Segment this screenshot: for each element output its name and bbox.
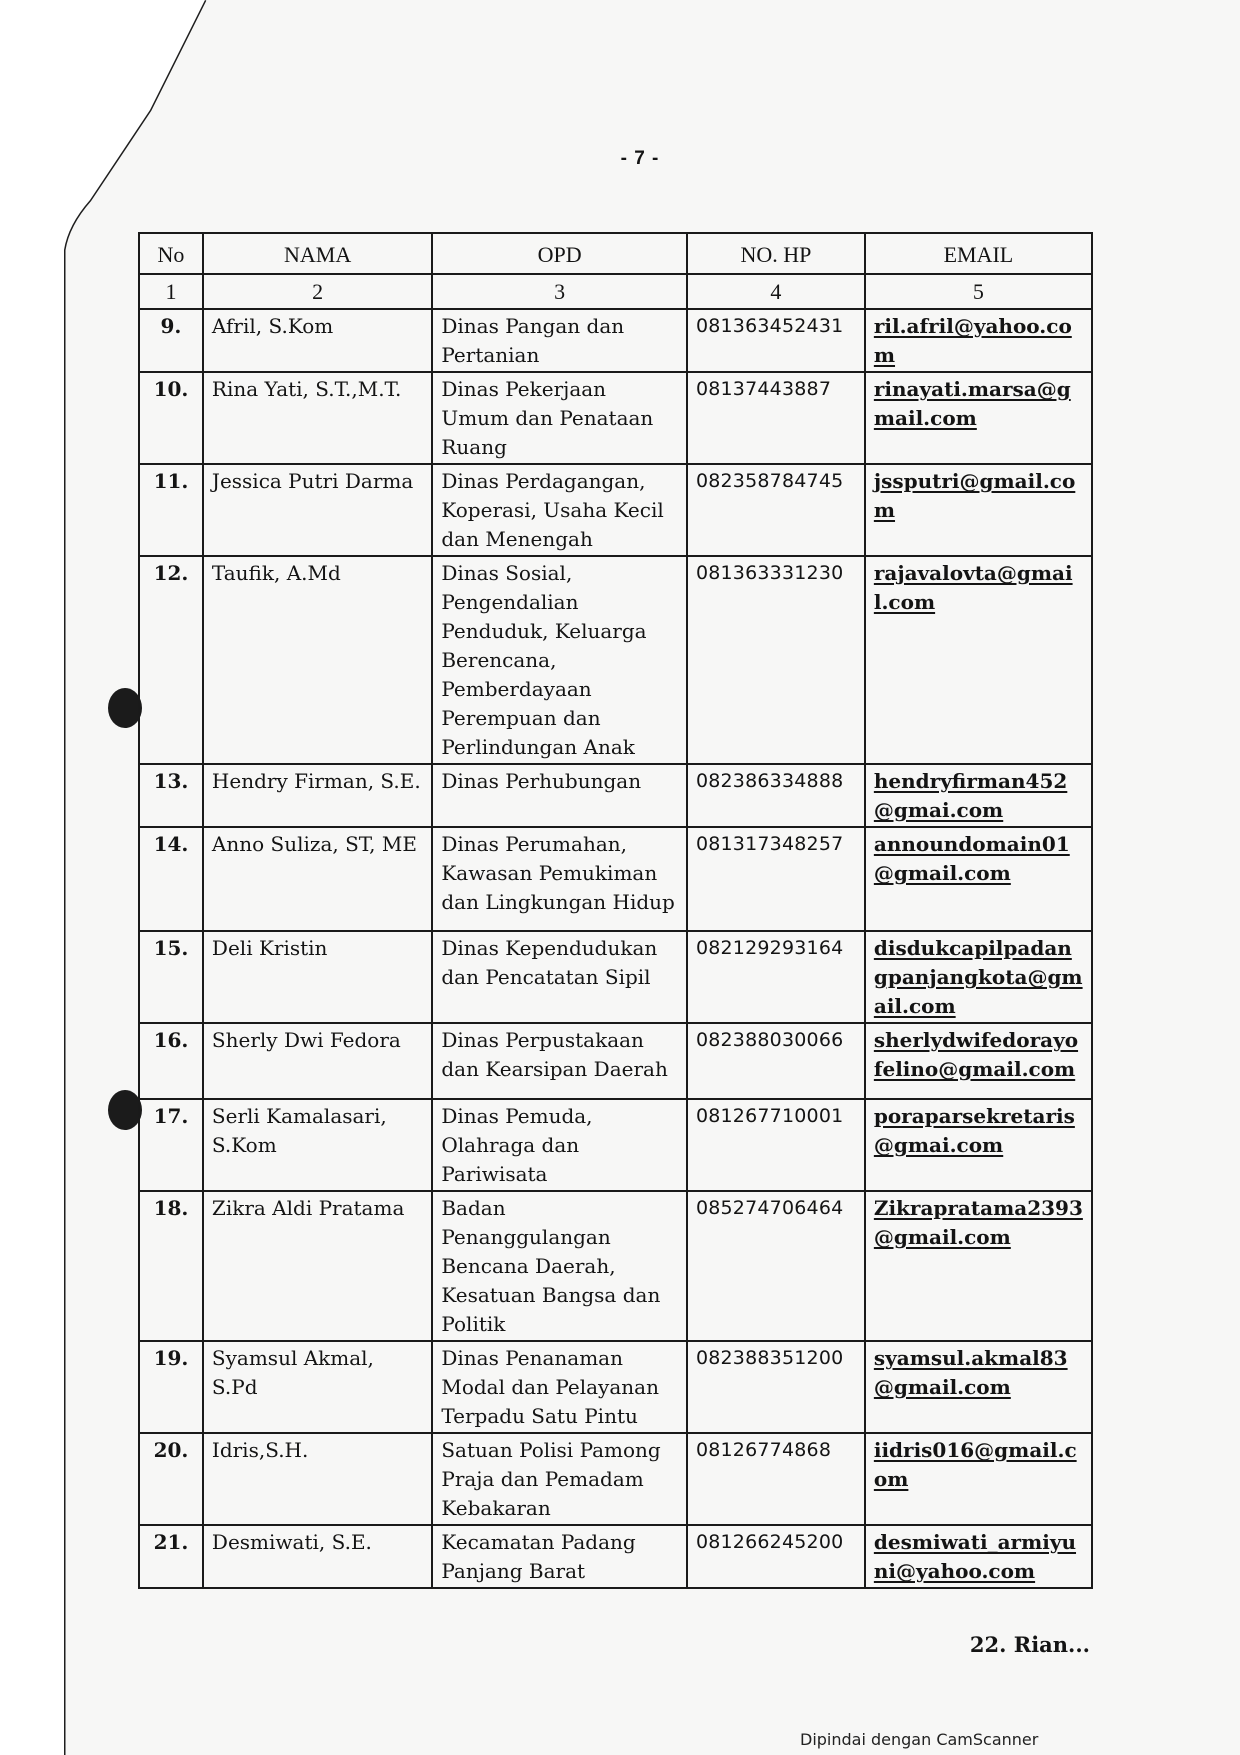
email-cell: jssputri@gmail.com [865, 464, 1092, 556]
email-link[interactable]: rajavalovta@gmail.com [874, 561, 1073, 614]
page-number: - 7 - [0, 148, 1240, 170]
email-link[interactable]: poraparsekretaris@gmai.com [874, 1104, 1075, 1157]
opd-cell: Dinas Penanaman Modal dan Pelayanan Terp… [432, 1341, 687, 1433]
name-cell: Rina Yati, S.T.,M.T. [203, 372, 432, 464]
phone-cell: 081267710001 [687, 1099, 865, 1191]
email-link[interactable]: hendryfirman452@gmai.com [874, 769, 1067, 822]
phone-cell: 081266245200 [687, 1525, 865, 1588]
row-number: 10. [139, 372, 203, 464]
opd-cell: Dinas Kependudukan dan Pencatatan Sipil [432, 931, 687, 1023]
name-cell: Idris,S.H. [203, 1433, 432, 1525]
email-cell: syamsul.akmal83@gmail.com [865, 1341, 1092, 1433]
name-cell: Zikra Aldi Pratama [203, 1191, 432, 1341]
opd-cell: Badan Penanggulangan Bencana Daerah, Kes… [432, 1191, 687, 1341]
phone-cell: 082388030066 [687, 1023, 865, 1099]
phone-cell: 081317348257 [687, 827, 865, 931]
column-number: 1 [139, 274, 203, 309]
table-row: 16.Sherly Dwi FedoraDinas Perpustakaan d… [139, 1023, 1092, 1099]
name-cell: Deli Kristin [203, 931, 432, 1023]
name-cell: Taufik, A.Md [203, 556, 432, 764]
email-cell: hendryfirman452@gmai.com [865, 764, 1092, 827]
column-number-row: 1 2 3 4 5 [139, 274, 1092, 309]
email-link[interactable]: iidris016@gmail.com [874, 1438, 1077, 1491]
name-cell: Hendry Firman, S.E. [203, 764, 432, 827]
row-number: 11. [139, 464, 203, 556]
continuation-text: 22. Rian... [970, 1632, 1090, 1657]
table-row: 14.Anno Suliza, ST, MEDinas Perumahan, K… [139, 827, 1092, 931]
row-number: 9. [139, 309, 203, 372]
opd-cell: Satuan Polisi Pamong Praja dan Pemadam K… [432, 1433, 687, 1525]
opd-cell: Dinas Perumahan, Kawasan Pemukiman dan L… [432, 827, 687, 931]
table-row: 13.Hendry Firman, S.E.Dinas Perhubungan0… [139, 764, 1092, 827]
email-cell: iidris016@gmail.com [865, 1433, 1092, 1525]
email-cell: rajavalovta@gmail.com [865, 556, 1092, 764]
email-cell: disdukcapilpadangpanjangkota@gmail.com [865, 931, 1092, 1023]
email-cell: sherlydwifedorayofelino@gmail.com [865, 1023, 1092, 1099]
email-cell: announdomain01@gmail.com [865, 827, 1092, 931]
table-row: 10.Rina Yati, S.T.,M.T.Dinas Pekerjaan U… [139, 372, 1092, 464]
column-number: 4 [687, 274, 865, 309]
email-link[interactable]: syamsul.akmal83@gmail.com [874, 1346, 1068, 1399]
opd-cell: Dinas Pemuda, Olahraga dan Pariwisata [432, 1099, 687, 1191]
table-row: 9.Afril, S.KomDinas Pangan dan Pertanian… [139, 309, 1092, 372]
table-row: 21.Desmiwati, S.E.Kecamatan Padang Panja… [139, 1525, 1092, 1588]
name-cell: Jessica Putri Darma [203, 464, 432, 556]
row-number: 20. [139, 1433, 203, 1525]
opd-cell: Dinas Sosial, Pengendalian Penduduk, Kel… [432, 556, 687, 764]
name-cell: Desmiwati, S.E. [203, 1525, 432, 1588]
camscanner-watermark: Dipindai dengan CamScanner [800, 1730, 1038, 1749]
phone-cell: 082358784745 [687, 464, 865, 556]
email-cell: desmiwati_armiyuni@yahoo.com [865, 1525, 1092, 1588]
email-link[interactable]: Zikrapratama2393@gmail.com [874, 1196, 1083, 1249]
name-cell: Syamsul Akmal, S.Pd [203, 1341, 432, 1433]
contact-table: No NAMA OPD NO. HP EMAIL 1 2 3 4 5 9.Afr… [138, 232, 1093, 1589]
email-link[interactable]: ril.afril@yahoo.com [874, 314, 1072, 367]
table-row: 11.Jessica Putri DarmaDinas Perdagangan,… [139, 464, 1092, 556]
table-header-row: No NAMA OPD NO. HP EMAIL [139, 233, 1092, 274]
opd-cell: Dinas Perpustakaan dan Kearsipan Daerah [432, 1023, 687, 1099]
table-row: 20.Idris,S.H.Satuan Polisi Pamong Praja … [139, 1433, 1092, 1525]
email-link[interactable]: announdomain01@gmail.com [874, 832, 1070, 885]
phone-cell: 082386334888 [687, 764, 865, 827]
row-number: 12. [139, 556, 203, 764]
email-link[interactable]: rinayati.marsa@gmail.com [874, 377, 1071, 430]
phone-cell: 081363331230 [687, 556, 865, 764]
header-no: No [139, 233, 203, 274]
opd-cell: Dinas Perdagangan, Koperasi, Usaha Kecil… [432, 464, 687, 556]
row-number: 15. [139, 931, 203, 1023]
phone-cell: 085274706464 [687, 1191, 865, 1341]
table-row: 17.Serli Kamalasari, S.KomDinas Pemuda, … [139, 1099, 1092, 1191]
phone-cell: 08137443887 [687, 372, 865, 464]
column-number: 3 [432, 274, 687, 309]
punch-hole [108, 1090, 142, 1130]
table-row: 18.Zikra Aldi PratamaBadan Penanggulanga… [139, 1191, 1092, 1341]
header-nama: NAMA [203, 233, 432, 274]
row-number: 21. [139, 1525, 203, 1588]
phone-cell: 082388351200 [687, 1341, 865, 1433]
name-cell: Anno Suliza, ST, ME [203, 827, 432, 931]
email-cell: rinayati.marsa@gmail.com [865, 372, 1092, 464]
email-link[interactable]: disdukcapilpadangpanjangkota@gmail.com [874, 936, 1083, 1018]
email-cell: ril.afril@yahoo.com [865, 309, 1092, 372]
opd-cell: Dinas Pangan dan Pertanian [432, 309, 687, 372]
email-cell: Zikrapratama2393@gmail.com [865, 1191, 1092, 1341]
row-number: 14. [139, 827, 203, 931]
email-link[interactable]: jssputri@gmail.com [874, 469, 1075, 522]
column-number: 5 [865, 274, 1092, 309]
punch-hole [108, 688, 142, 728]
name-cell: Sherly Dwi Fedora [203, 1023, 432, 1099]
name-cell: Afril, S.Kom [203, 309, 432, 372]
phone-cell: 082129293164 [687, 931, 865, 1023]
table-row: 15.Deli KristinDinas Kependudukan dan Pe… [139, 931, 1092, 1023]
header-opd: OPD [432, 233, 687, 274]
row-number: 18. [139, 1191, 203, 1341]
row-number: 16. [139, 1023, 203, 1099]
row-number: 17. [139, 1099, 203, 1191]
email-link[interactable]: desmiwati_armiyuni@yahoo.com [874, 1530, 1076, 1583]
column-number: 2 [203, 274, 432, 309]
opd-cell: Kecamatan Padang Panjang Barat [432, 1525, 687, 1588]
name-cell: Serli Kamalasari, S.Kom [203, 1099, 432, 1191]
row-number: 19. [139, 1341, 203, 1433]
header-email: EMAIL [865, 233, 1092, 274]
table-row: 19.Syamsul Akmal, S.PdDinas Penanaman Mo… [139, 1341, 1092, 1433]
email-cell: poraparsekretaris@gmai.com [865, 1099, 1092, 1191]
header-no-hp: NO. HP [687, 233, 865, 274]
phone-cell: 081363452431 [687, 309, 865, 372]
table-row: 12.Taufik, A.MdDinas Sosial, Pengendalia… [139, 556, 1092, 764]
opd-cell: Dinas Perhubungan [432, 764, 687, 827]
phone-cell: 08126774868 [687, 1433, 865, 1525]
opd-cell: Dinas Pekerjaan Umum dan Penataan Ruang [432, 372, 687, 464]
row-number: 13. [139, 764, 203, 827]
email-link[interactable]: sherlydwifedorayofelino@gmail.com [874, 1028, 1078, 1081]
